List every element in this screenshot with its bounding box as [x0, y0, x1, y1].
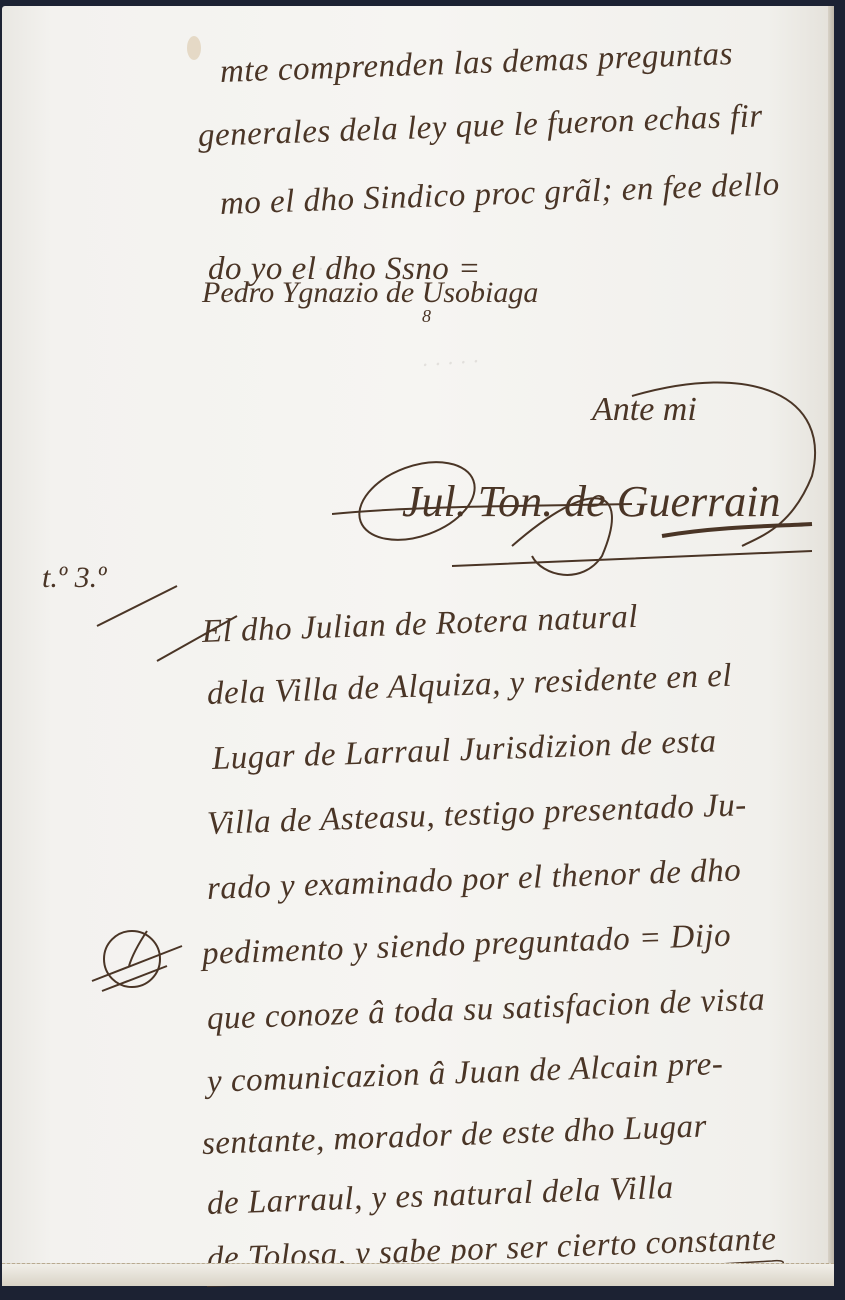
text-line: mo el dho Sindico proc grãl; en fee dell… [219, 166, 780, 223]
text-line: que conoze â toda su satisfacion de vist… [206, 982, 765, 1038]
text-line: El dho Julian de Rotera natural [201, 599, 638, 651]
page-bottom-edge [2, 1263, 834, 1286]
text-line: rado y examinado por el thenor de dho [206, 852, 741, 908]
text-line: y comunicazion â Juan de Alcain pre- [206, 1046, 724, 1101]
text-line: sentante, morador de este dho Lugar [201, 1108, 707, 1163]
paper-stain [187, 36, 201, 60]
page-edge [828, 6, 834, 1286]
text-line: pedimento y siendo preguntado = Dijo [201, 918, 731, 973]
text-line: Lugar de Larraul Jurisdizion de esta [211, 723, 717, 778]
manuscript-page: · · · · · · · · · · · · mte comprenden l… [2, 6, 834, 1286]
paragraph-stroke-icon [152, 606, 242, 666]
text-line: de Larraul, y es natural dela Villa [206, 1170, 674, 1223]
text-line: generales dela ley que le fueron echas f… [197, 98, 763, 155]
margin-rubric-icon [87, 911, 187, 1001]
text-line: dela Villa de Alquiza, y residente en el [206, 658, 732, 713]
signature-rubric-mark: 8 [422, 306, 431, 327]
signature-flourish-icon [332, 356, 832, 596]
signature-name: Pedro Ygnazio de Usobiaga [202, 276, 538, 310]
text-line: mte comprenden las demas preguntas [219, 36, 733, 91]
text-line: Villa de Asteasu, testigo presentado Ju- [206, 787, 747, 843]
